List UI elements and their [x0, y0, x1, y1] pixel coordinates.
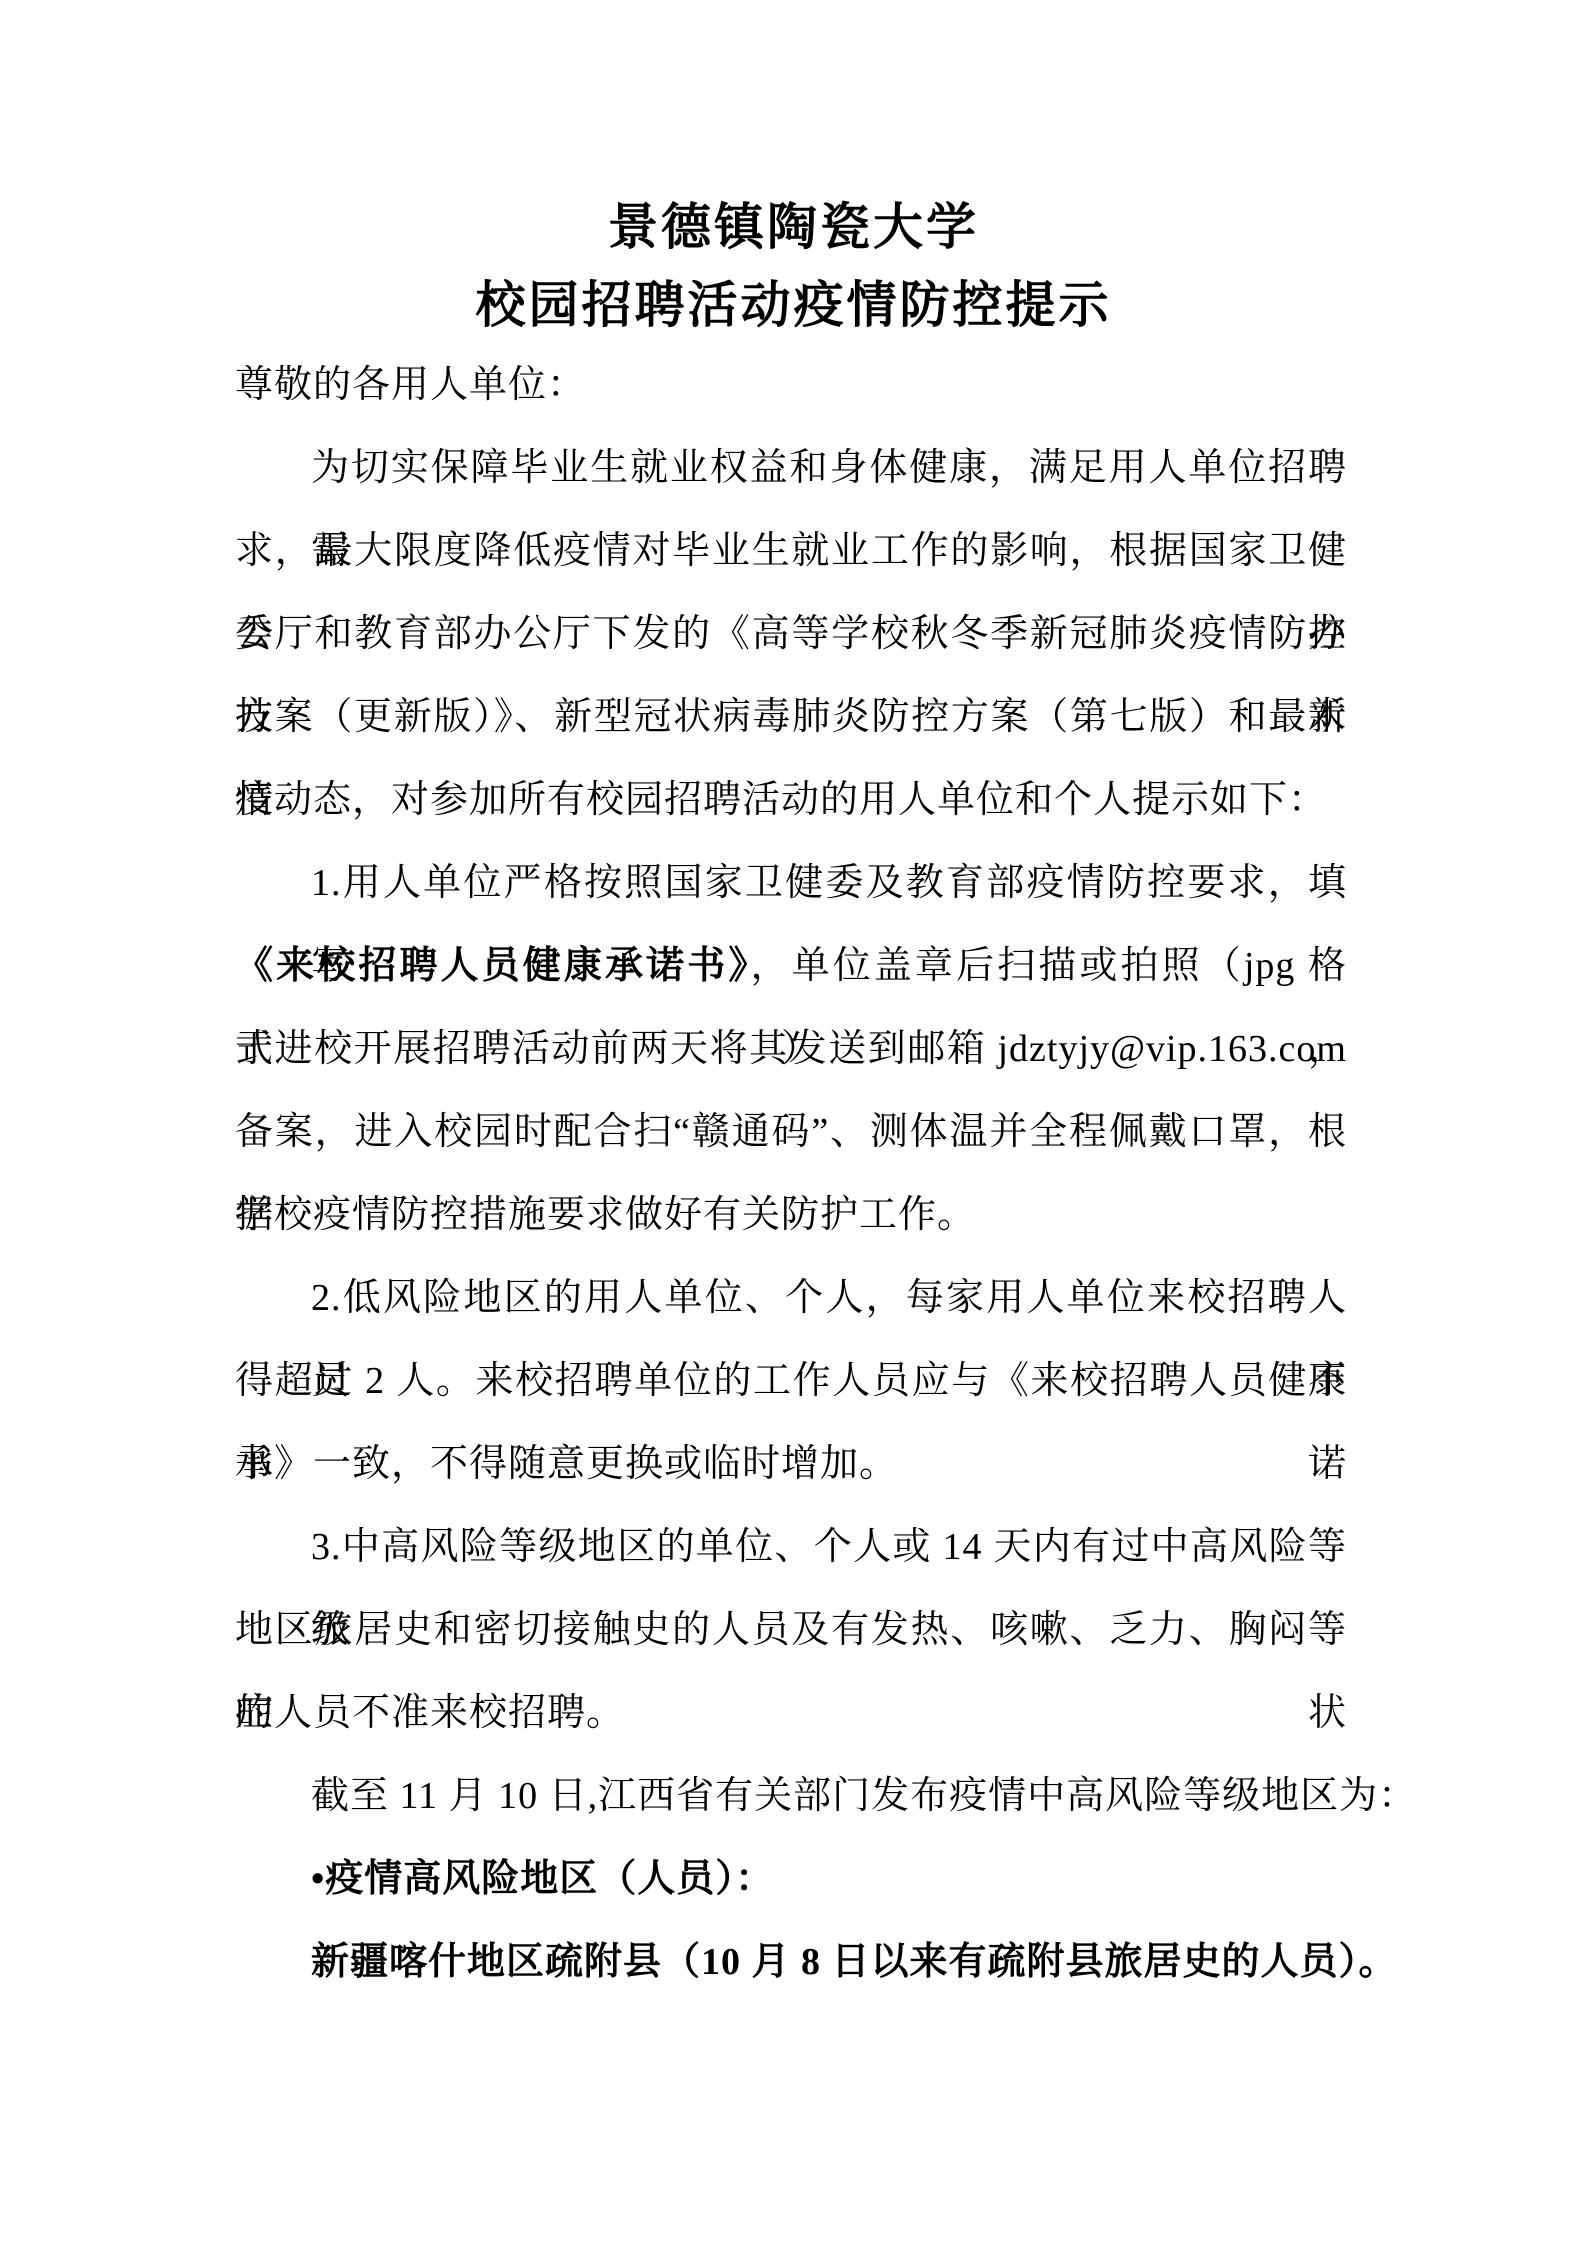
document-title: 景德镇陶瓷大学 校园招聘活动疫情防控提示: [0, 0, 1587, 344]
text-run: 尊敬的各用人单位：: [235, 364, 586, 406]
document-title-line-2: 校园招聘活动疫情防控提示: [0, 266, 1587, 344]
text-line: 截至 11 月 10 日,江西省有关部门发布疫情中高风险等级地区为：: [235, 1755, 1347, 1838]
text-line: 3.中高风险等级地区的单位、个人或 14 天内有过中高风险等级: [235, 1506, 1347, 1589]
text-line: 于进校开展招聘活动前两天将其发送到邮箱 jdztyjy@vip.163.com: [235, 1008, 1347, 1091]
text-line: 尊敬的各用人单位：: [235, 344, 1347, 427]
text-run: 截至 11 月 10 日,江西省有关部门发布疫情中高风险等级地区为：: [311, 1775, 1417, 1817]
text-line: 《来校招聘人员健康承诺书》，单位盖章后扫描或拍照（jpg 格式），: [235, 925, 1347, 1008]
text-line: 得超过 2 人。来校招聘单位的工作人员应与《来校招聘人员健康承诺: [235, 1340, 1347, 1423]
text-run: 书》一致，不得随意更换或临时增加。: [235, 1443, 898, 1485]
text-line: •疫情高风险地区（人员）：: [235, 1838, 1347, 1921]
document-body: 尊敬的各用人单位：为切实保障毕业生就业权益和身体健康，满足用人单位招聘需求，最大…: [235, 344, 1347, 2004]
text-line: 为切实保障毕业生就业权益和身体健康，满足用人单位招聘需: [235, 427, 1347, 510]
text-line: 情动态，对参加所有校园招聘活动的用人单位和个人提示如下：: [235, 759, 1347, 842]
text-run: 于进校开展招聘活动前两天将其发送到邮箱 jdztyjy@vip.163.com: [235, 1028, 1347, 1070]
text-line: 公厅和教育部办公厅下发的《高等学校秋冬季新冠肺炎疫情防控技术: [235, 593, 1347, 676]
text-run: 的人员不准来校招聘。: [235, 1692, 625, 1734]
text-line: 学校疫情防控措施要求做好有关防护工作。: [235, 1174, 1347, 1257]
text-line: 新疆喀什地区疏附县（10 月 8 日以来有疏附县旅居史的人员）。: [235, 1921, 1347, 2004]
document-title-line-1: 景德镇陶瓷大学: [0, 188, 1587, 266]
document-page: 景德镇陶瓷大学 校园招聘活动疫情防控提示 尊敬的各用人单位：为切实保障毕业生就业…: [0, 0, 1587, 2245]
text-line: 2.低风险地区的用人单位、个人，每家用人单位来校招聘人员不: [235, 1257, 1347, 1340]
text-run: 学校疫情防控措施要求做好有关防护工作。: [235, 1194, 976, 1236]
text-line: 地区旅居史和密切接触史的人员及有发热、咳嗽、乏力、胸闷等症状: [235, 1589, 1347, 1672]
bold-text-run: •疫情高风险地区（人员）：: [311, 1858, 774, 1900]
text-line: 备案，进入校园时配合扫“赣通码”、测体温并全程佩戴口罩，根据: [235, 1091, 1347, 1174]
bold-text-run: 新疆喀什地区疏附县（10 月 8 日以来有疏附县旅居史的人员）。: [311, 1941, 1398, 1983]
text-line: 方案（更新版）》、新型冠状病毒肺炎防控方案（第七版）和最新疫: [235, 676, 1347, 759]
text-line: 1.用人单位严格按照国家卫健委及教育部疫情防控要求，填写: [235, 842, 1347, 925]
bold-text-run: 《来校招聘人员健康承诺书》: [235, 945, 750, 987]
text-line: 求，最大限度降低疫情对毕业生就业工作的影响，根据国家卫健委办: [235, 510, 1347, 593]
text-run: 情动态，对参加所有校园招聘活动的用人单位和个人提示如下：: [235, 779, 1327, 821]
